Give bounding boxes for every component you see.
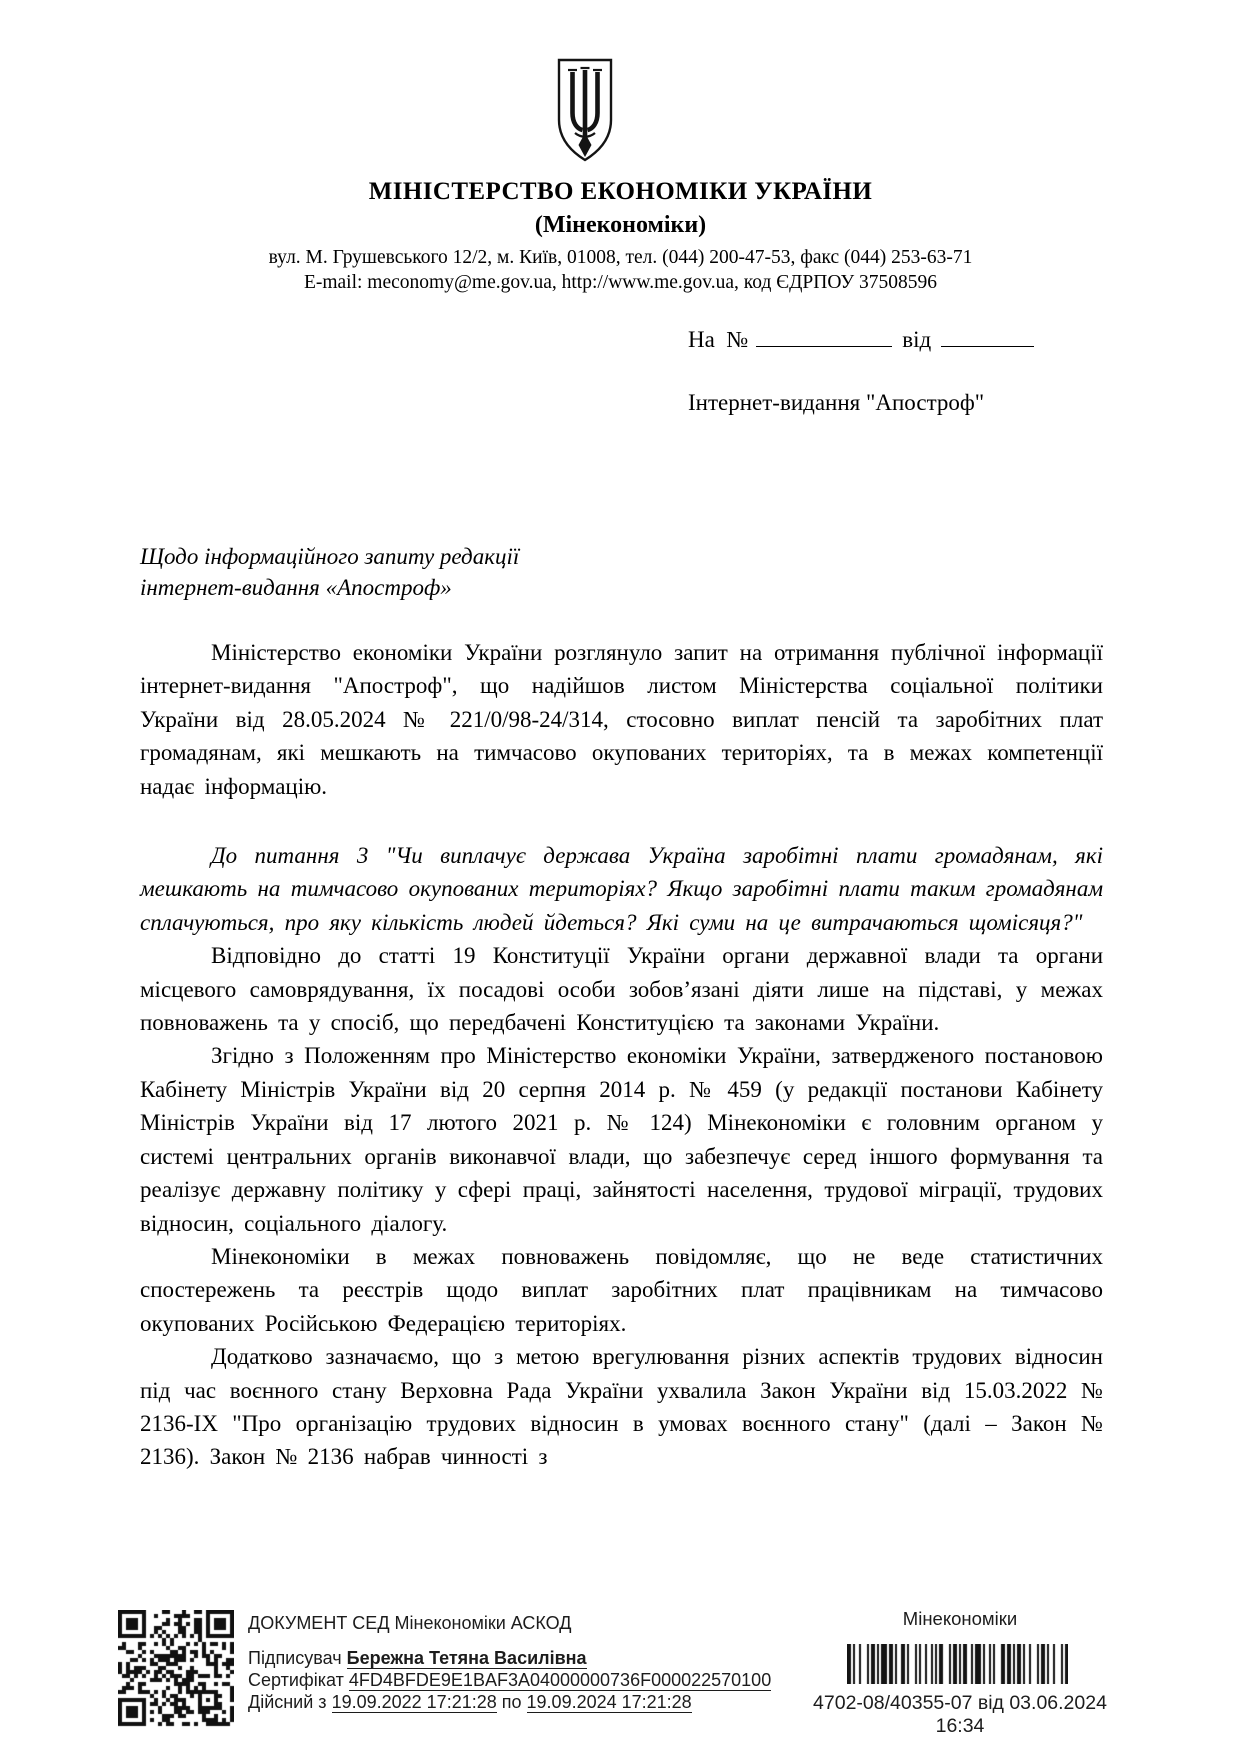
signer-name: Бережна Тетяна Василівна (347, 1648, 587, 1669)
reference-number-line: На №від (688, 325, 1034, 353)
ukraine-trident-emblem-icon (555, 56, 615, 164)
body-paragraph-question-italic: До питання 3 "Чи виплачує держава Україн… (140, 839, 1103, 939)
valid-to-label: по (502, 1692, 522, 1712)
valid-from-label: Дійсний з (248, 1692, 327, 1712)
certificate-value: 4FD4BFDE9E1BAF3A04000000736F000022570100 (349, 1670, 771, 1691)
certificate-label: Сертифікат (248, 1670, 344, 1690)
valid-to-value: 19.09.2024 17:21:28 (527, 1692, 692, 1713)
footer-org-name: Мінекономіки (805, 1608, 1115, 1630)
document-registration-number: 4702-08/40355-07 від 03.06.2024 16:34 (793, 1692, 1127, 1738)
barcode-icon (847, 1644, 1068, 1684)
body-paragraph: Міністерство економіки України розглянул… (140, 636, 1103, 803)
body-paragraph: Відповідно до статті 19 Конституції Укра… (140, 939, 1103, 1039)
addressee: Інтернет-видання "Апостроф" (688, 390, 984, 416)
body-paragraph: Мінекономіки в межах повноважень повідом… (140, 1240, 1103, 1340)
body-paragraph: Додатково зазначаємо, що з метою врегулю… (140, 1340, 1103, 1474)
na-label: На (688, 327, 715, 352)
ministry-short-name: (Мінекономіки) (0, 212, 1241, 239)
subject-line-1: Щодо інформаційного запиту редакції (140, 541, 519, 572)
certificate-line: Сертифікат 4FD4BFDE9E1BAF3A04000000736F0… (248, 1669, 771, 1691)
reference-number-blank-field (756, 325, 892, 347)
letter-body: Міністерство економіки України розглянул… (140, 636, 1103, 1474)
reference-date-blank-field (941, 325, 1034, 347)
signer-label: Підписувач (248, 1648, 342, 1668)
ministry-address-line: вул. М. Грушевського 12/2, м. Київ, 0100… (0, 247, 1241, 269)
sed-system-line: ДОКУМЕНТ СЕД Мінекономіки АСКОД (248, 1612, 771, 1634)
subject-line-2: інтернет-видання «Апостроф» (140, 572, 519, 603)
validity-line: Дійсний з 19.09.2022 17:21:28 по 19.09.2… (248, 1691, 771, 1713)
valid-from-value: 19.09.2022 17:21:28 (332, 1692, 497, 1713)
body-paragraph: Згідно з Положенням про Міністерство еко… (140, 1039, 1103, 1239)
vid-label: від (902, 327, 931, 352)
signature-block: ДОКУМЕНТ СЕД Мінекономіки АСКОД Підписув… (248, 1612, 771, 1713)
document-page: МІНІСТЕРСТВО ЕКОНОМІКИ УКРАЇНИ (Мінеконо… (0, 0, 1241, 1754)
qr-code-icon (118, 1610, 234, 1728)
ministry-contact-line: E-mail: meconomy@me.gov.ua, http://www.m… (0, 272, 1241, 294)
signer-line: Підписувач Бережна Тетяна Василівна (248, 1647, 771, 1669)
subject-block: Щодо інформаційного запиту редакції інте… (140, 541, 519, 603)
ministry-name: МІНІСТЕРСТВО ЕКОНОМІКИ УКРАЇНИ (0, 178, 1241, 206)
number-sign: № (726, 327, 748, 352)
